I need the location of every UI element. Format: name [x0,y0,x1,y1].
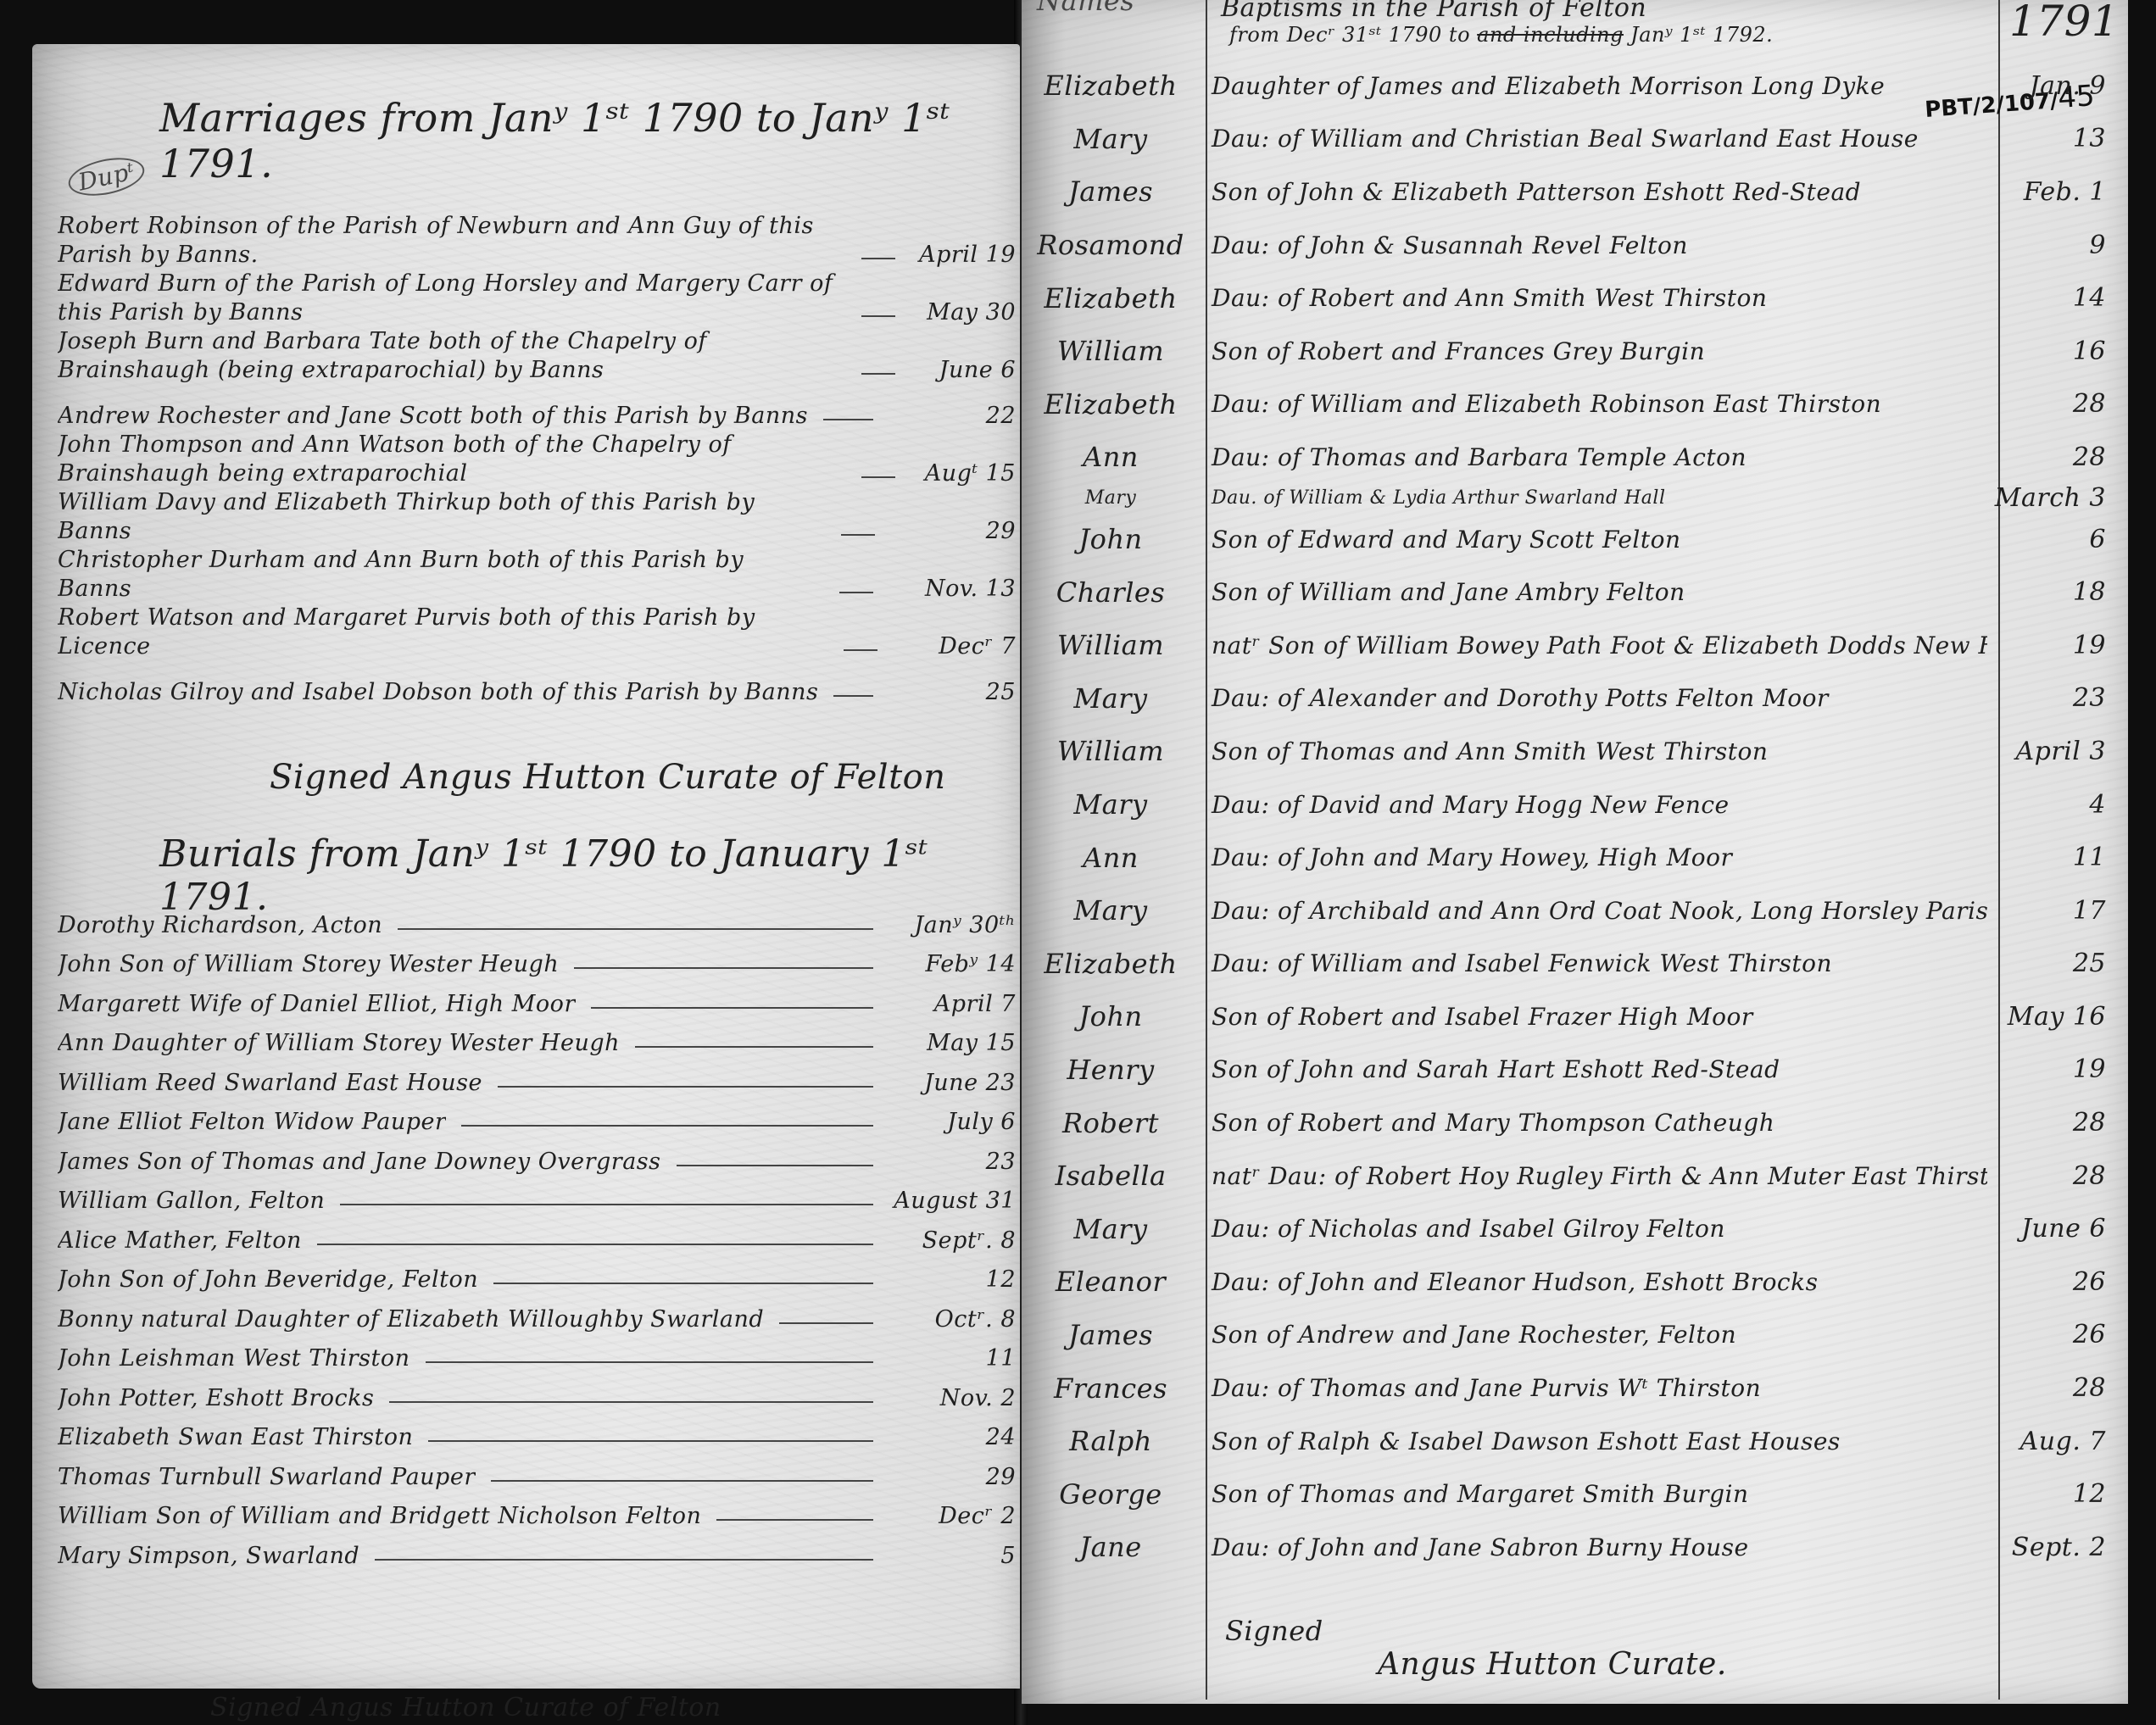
burial-entry: Elizabeth Swan East Thirston24 [58,1413,1016,1453]
child-name: Rosamond [1022,229,1200,261]
baptism-date: March 3 [1987,483,2118,513]
baptism-date: 9 [1987,231,2118,260]
filler-rule [493,1283,873,1284]
child-name: William [1022,735,1200,767]
filler-rule [861,315,895,317]
burial-date: April 7 [889,990,1016,1019]
marriage-entry: Christopher Durham and Ann Burn both of … [58,546,1016,604]
burial-date: May 15 [889,1029,1016,1058]
baptism-description: Dau: of David and Mary Hogg New Fence [1200,791,1987,819]
baptism-row: MaryDau: of William and Christian Beal S… [1022,113,2128,166]
burial-date: 5 [889,1542,1016,1571]
burial-date: 23 [889,1148,1016,1177]
register-year: 1791 [2009,0,2119,46]
child-name: William [1022,629,1200,661]
baptism-row: MaryDau: of David and Mary Hogg New Fenc… [1022,778,2128,832]
baptism-row: RobertSon of Robert and Mary Thompson Ca… [1022,1096,2128,1149]
baptism-date: 28 [1987,1373,2118,1403]
child-name: Robert [1022,1107,1200,1139]
burial-entry: Jane Elliot Felton Widow PauperJuly 6 [58,1098,1016,1138]
marriages-heading: Marriages from Janʸ 1ˢᵗ 1790 to Janʸ 1ˢᵗ… [159,95,1020,186]
baptism-date: Feb. 1 [1987,177,2118,207]
filler-rule [461,1125,873,1127]
baptism-row: JamesSon of Andrew and Jane Rochester, F… [1022,1309,2128,1362]
marriage-entry: Robert Watson and Margaret Purvis both o… [58,604,1016,661]
child-name: Henry [1022,1054,1200,1086]
burial-date: 11 [889,1344,1016,1373]
baptism-list: ElizabethDaughter of James and Elizabeth… [1022,59,2128,1574]
child-name: William [1022,335,1200,367]
baptism-row: Isabellanatʳ Dau: of Robert Hoy Rugley F… [1022,1149,2128,1203]
burial-text: Mary Simpson, Swarland [58,1542,359,1571]
curate-name: Angus Hutton Curate. [1378,1647,1727,1682]
baptism-description: Son of John and Sarah Hart Eshott Red-St… [1200,1055,1987,1083]
baptism-row-interlined: MaryDau. of William & Lydia Arthur Swarl… [1022,484,2128,513]
filler-rule [716,1519,873,1521]
baptism-date: 19 [1987,631,2118,660]
burial-text: William Son of William and Bridgett Nich… [58,1502,701,1531]
baptism-description: Son of Thomas and Margaret Smith Burgin [1200,1480,1987,1508]
marriage-list: Robert Robinson of the Parish of Newburn… [58,212,1016,707]
burial-entry: Margarett Wife of Daniel Elliot, High Mo… [58,979,1016,1019]
filler-rule [317,1244,873,1245]
filler-rule [491,1480,873,1482]
marriage-entry: John Thompson and Ann Watson both of the… [58,431,1016,488]
marriage-text: Robert Robinson of the Parish of Newburn… [58,212,846,270]
child-name: George [1022,1478,1200,1511]
burial-entry: William Reed Swarland East HouseJune 23 [58,1058,1016,1098]
baptism-date: 26 [1987,1267,2118,1297]
marriage-entry: Edward Burn of the Parish of Long Horsle… [58,270,1016,327]
marriage-entry: Robert Robinson of the Parish of Newburn… [58,212,1016,270]
burial-entry: William Gallon, FeltonAugust 31 [58,1177,1016,1216]
struck-text: and including [1477,23,1624,47]
baptism-row: FrancesDau: of Thomas and Jane Purvis Wᵗ… [1022,1361,2128,1415]
left-page: Dupᵗ Marriages from Janʸ 1ˢᵗ 1790 to Jan… [32,44,1020,1689]
burial-text: Dorothy Richardson, Acton [58,911,382,940]
burial-date: June 23 [889,1069,1016,1098]
child-name: Ann [1022,441,1200,473]
burial-text: Ann Daughter of William Storey Wester He… [58,1029,620,1058]
baptism-date: Aug. 7 [1987,1427,2118,1456]
child-name: Elizabeth [1022,388,1200,420]
filler-rule [861,373,895,375]
burials-signature: Signed Angus Hutton Curate of Felton [210,1693,721,1722]
baptism-description: Dau: of Thomas and Jane Purvis Wᵗ Thirst… [1200,1374,1987,1402]
burial-date: Nov. 2 [889,1384,1016,1413]
burial-date: Febʸ 14 [889,950,1016,979]
burial-text: Jane Elliot Felton Widow Pauper [58,1108,446,1137]
baptism-row: AnnDau: of Thomas and Barbara Temple Act… [1022,431,2128,484]
marriage-entry: William Davy and Elizabeth Thirkup both … [58,488,1016,546]
marriage-date: Decʳ 7 [893,632,1016,661]
child-name: Elizabeth [1022,70,1200,102]
burial-text: John Potter, Eshott Brocks [58,1384,374,1413]
baptism-date: April 3 [1987,737,2118,766]
burial-date: Janʸ 30ᵗʰ [889,911,1016,940]
filler-rule [375,1559,873,1561]
child-name: Jane [1022,1531,1200,1563]
marriage-text: Joseph Burn and Barbara Tate both of the… [58,327,846,385]
filler-rule [779,1322,873,1324]
filler-rule [574,967,873,969]
filler-rule [635,1046,873,1048]
baptism-date: 18 [1987,577,2118,607]
child-name: Elizabeth [1022,948,1200,980]
baptism-date: 13 [1987,124,2118,153]
child-name: John [1022,1000,1200,1032]
baptism-date: 28 [1987,1161,2118,1191]
baptism-date: 17 [1987,896,2118,926]
burial-text: William Reed Swarland East House [58,1069,482,1098]
baptism-row: RosamondDau: of John & Susannah Revel Fe… [1022,219,2128,272]
baptism-description: Son of Robert and Isabel Frazer High Moo… [1200,1003,1987,1031]
child-name: Ann [1022,842,1200,874]
baptism-date: 4 [1987,790,2118,820]
baptism-description: Son of William and Jane Ambry Felton [1200,578,1987,606]
filler-rule [389,1401,873,1403]
baptism-row: WilliamSon of Robert and Frances Grey Bu… [1022,325,2128,378]
filler-rule [398,928,873,930]
burial-date: 12 [889,1266,1016,1294]
burial-text: Thomas Turnbull Swarland Pauper [58,1463,476,1492]
child-name: Mary [1022,487,1200,509]
baptism-row: JohnSon of Robert and Isabel Frazer High… [1022,990,2128,1043]
burial-list: Dorothy Richardson, ActonJanʸ 30ᵗʰ John … [58,900,1016,1571]
burial-entry: William Son of William and Bridgett Nich… [58,1492,1016,1532]
baptism-row: MaryDau: of Alexander and Dorothy Potts … [1022,672,2128,726]
baptism-description: Dau. of William & Lydia Arthur Swarland … [1200,487,1987,509]
baptism-description: Dau: of Robert and Ann Smith West Thirst… [1200,284,1987,312]
child-name: Isabella [1022,1160,1200,1192]
baptism-row: JaneDau: of John and Jane Sabron Burny H… [1022,1521,2128,1574]
filler-rule [833,695,873,697]
baptism-description: Dau: of John and Eleanor Hudson, Eshott … [1200,1268,1987,1296]
baptism-description: Dau: of Thomas and Barbara Temple Acton [1200,443,1987,471]
marriage-date: 25 [889,678,1016,707]
burial-text: Bonny natural Daughter of Elizabeth Will… [58,1305,764,1334]
right-page: Names Baptisms in the Parish of Felton f… [1022,0,2128,1704]
baptisms-heading-line-2: from Decʳ 31ˢᵗ 1790 to and including Jan… [1229,23,1997,47]
burial-entry: John Son of William Storey Wester HeughF… [58,940,1016,980]
names-column-header: Names [1037,0,1134,17]
burial-entry: Ann Daughter of William Storey Wester He… [58,1019,1016,1059]
baptism-description: Dau: of Archibald and Ann Ord Coat Nook,… [1200,897,1987,925]
baptism-date: 28 [1987,389,2118,419]
filler-rule [340,1204,873,1205]
baptism-date: 28 [1987,442,2118,472]
baptism-row: MaryDau: of Nicholas and Isabel Gilroy F… [1022,1202,2128,1255]
baptism-description: Son of Ralph & Isabel Dawson Eshott East… [1200,1427,1987,1455]
baptism-row: CharlesSon of William and Jane Ambry Fel… [1022,565,2128,619]
baptism-description: natʳ Dau: of Robert Hoy Rugley Firth & A… [1200,1162,1987,1190]
baptism-description: Dau: of William and Christian Beal Swarl… [1200,125,1987,153]
child-name: James [1022,1319,1200,1351]
baptism-date: Sept. 2 [1987,1533,2118,1562]
child-name: Charles [1022,576,1200,609]
filler-rule [426,1361,873,1363]
filler-rule [841,534,875,536]
baptism-description: Dau: of Nicholas and Isabel Gilroy Felto… [1200,1215,1987,1243]
filler-rule [498,1086,873,1088]
child-name: Frances [1022,1372,1200,1405]
marriage-text: Edward Burn of the Parish of Long Horsle… [58,270,846,327]
baptism-date: 19 [1987,1054,2118,1084]
burial-date: Octʳ. 8 [889,1305,1016,1334]
margin-note-dup: Dupᵗ [65,152,148,202]
baptism-date: 16 [1987,337,2118,366]
baptism-description: Son of Andrew and Jane Rochester, Felton [1200,1321,1987,1349]
burial-text: Margarett Wife of Daniel Elliot, High Mo… [58,990,576,1019]
filler-rule [839,592,873,593]
baptism-description: Son of Edward and Mary Scott Felton [1200,526,1987,554]
baptisms-signature: Signed Angus Hutton Curate. [1225,1615,1727,1682]
burial-text: Alice Mather, Felton [58,1227,302,1255]
heading-to-date: Janʸ 1ˢᵗ 1792. [1630,23,1773,47]
burial-date: 24 [889,1423,1016,1452]
baptism-row: HenrySon of John and Sarah Hart Eshott R… [1022,1043,2128,1097]
baptism-date: 26 [1987,1320,2118,1349]
burial-entry: Thomas Turnbull Swarland Pauper29 [58,1452,1016,1492]
child-name: Mary [1022,1213,1200,1245]
marriage-text: Nicholas Gilroy and Isabel Dobson both o… [58,678,818,707]
filler-rule [861,258,895,259]
marriage-date: May 30 [911,298,1016,327]
baptism-description: Daughter of James and Elizabeth Morrison… [1200,72,1987,100]
baptism-row: ElizabethDau: of Robert and Ann Smith We… [1022,271,2128,325]
marriage-text: William Davy and Elizabeth Thirkup both … [58,488,826,546]
baptism-description: Dau: of Alexander and Dorothy Potts Felt… [1200,684,1987,712]
burial-text: James Son of Thomas and Jane Downey Over… [58,1148,661,1177]
baptism-date: June 6 [1987,1214,2118,1244]
burial-text: William Gallon, Felton [58,1187,325,1216]
burial-entry: Mary Simpson, Swarland5 [58,1531,1016,1571]
baptism-row: JohnSon of Edward and Mary Scott Felton6 [1022,513,2128,566]
burial-text: John Son of John Beveridge, Felton [58,1266,478,1294]
heading-from-date: from Decʳ 31ˢᵗ 1790 to [1229,23,1470,47]
baptism-date: 11 [1987,843,2118,872]
filler-rule [428,1440,873,1442]
filler-rule [823,419,873,420]
burial-date: Septʳ. 8 [889,1227,1016,1255]
marriages-signature: Signed Angus Hutton Curate of Felton [270,758,946,797]
burial-date: July 6 [889,1108,1016,1137]
child-name: Mary [1022,894,1200,926]
baptism-row: EleanorDau: of John and Eleanor Hudson, … [1022,1255,2128,1309]
baptism-description: Son of John & Elizabeth Patterson Eshott… [1200,178,1987,206]
child-name: Mary [1022,123,1200,155]
burial-entry: John Son of John Beveridge, Felton12 [58,1255,1016,1295]
baptism-date: 28 [1987,1108,2118,1138]
marriage-date: 29 [890,517,1016,546]
baptism-row: JamesSon of John & Elizabeth Patterson E… [1022,165,2128,219]
filler-rule [861,476,895,478]
baptism-row: ElizabethDau: of William and Isabel Fenw… [1022,938,2128,991]
baptism-row: AnnDau: of John and Mary Howey, High Moo… [1022,831,2128,884]
marriage-entry: Nicholas Gilroy and Isabel Dobson both o… [58,661,1016,707]
burial-entry: James Son of Thomas and Jane Downey Over… [58,1137,1016,1177]
baptisms-heading: Baptisms in the Parish of Felton from De… [1221,0,1997,47]
child-name: Eleanor [1022,1266,1200,1298]
baptism-date: 12 [1987,1479,2118,1509]
filler-rule [677,1165,873,1166]
baptism-description: Son of Thomas and Ann Smith West Thirsto… [1200,737,1987,765]
burial-text: John Son of William Storey Wester Heugh [58,950,559,979]
baptism-row: ElizabethDaughter of James and Elizabeth… [1022,59,2128,113]
burial-text: John Leishman West Thirston [58,1344,410,1373]
child-name: Mary [1022,682,1200,715]
baptism-date: 14 [1987,283,2118,313]
baptism-description: Dau: of John and Mary Howey, High Moor [1200,843,1987,871]
baptism-row: MaryDau: of Archibald and Ann Ord Coat N… [1022,884,2128,938]
baptism-date: May 16 [1987,1002,2118,1032]
marriage-text: Andrew Rochester and Jane Scott both of … [58,402,808,431]
burial-date: August 31 [889,1187,1016,1216]
baptism-row: Williamnatʳ Son of William Bowey Path Fo… [1022,619,2128,672]
marriage-text: John Thompson and Ann Watson both of the… [58,431,846,488]
marriage-entry: Andrew Rochester and Jane Scott both of … [58,385,1016,431]
marriage-date: April 19 [911,241,1016,270]
baptism-date: Jan. 9 [1987,71,2118,101]
marriage-entry: Joseph Burn and Barbara Tate both of the… [58,327,1016,385]
baptism-description: Son of Robert and Mary Thompson Catheugh [1200,1109,1987,1137]
baptism-row: WilliamSon of Thomas and Ann Smith West … [1022,725,2128,778]
marriage-date: Augᵗ 15 [911,459,1016,488]
filler-rule [591,1007,873,1009]
signed-label: Signed [1225,1615,1323,1647]
baptism-date: 6 [1987,525,2118,554]
burial-entry: Alice Mather, FeltonSeptʳ. 8 [58,1216,1016,1255]
child-name: James [1022,175,1200,208]
baptism-date: 25 [1987,949,2118,978]
marriage-text: Christopher Durham and Ann Burn both of … [58,546,824,604]
baptism-description: Dau: of John & Susannah Revel Felton [1200,231,1987,259]
marriage-text: Robert Watson and Margaret Purvis both o… [58,604,828,661]
baptism-description: Dau: of William and Elizabeth Robinson E… [1200,390,1987,418]
marriage-date: June 6 [911,356,1016,385]
marriage-date: 22 [889,402,1016,431]
burial-date: 29 [889,1463,1016,1492]
burial-entry: John Leishman West Thirston11 [58,1334,1016,1374]
baptism-description: Dau: of William and Isabel Fenwick West … [1200,949,1987,977]
filler-rule [844,649,877,651]
baptism-row: ElizabethDau: of William and Elizabeth R… [1022,378,2128,431]
baptism-description: Son of Robert and Frances Grey Burgin [1200,337,1987,365]
baptism-description: natʳ Son of William Bowey Path Foot & El… [1200,632,1987,659]
baptism-row: GeorgeSon of Thomas and Margaret Smith B… [1022,1467,2128,1521]
child-name: Mary [1022,788,1200,821]
marriage-date: Nov. 13 [889,575,1016,604]
burial-entry: John Potter, Eshott BrocksNov. 2 [58,1373,1016,1413]
child-name: Elizabeth [1022,282,1200,314]
burial-text: Elizabeth Swan East Thirston [58,1423,413,1452]
baptism-date: 23 [1987,683,2118,713]
child-name: Ralph [1022,1425,1200,1457]
burial-date: Decʳ 2 [889,1502,1016,1531]
burial-entry: Bonny natural Daughter of Elizabeth Will… [58,1294,1016,1334]
baptisms-heading-line-1: Baptisms in the Parish of Felton [1221,0,1997,23]
burial-entry: Dorothy Richardson, ActonJanʸ 30ᵗʰ [58,900,1016,940]
baptism-description: Dau: of John and Jane Sabron Burny House [1200,1533,1987,1561]
child-name: John [1022,523,1200,555]
baptism-row: RalphSon of Ralph & Isabel Dawson Eshott… [1022,1415,2128,1468]
